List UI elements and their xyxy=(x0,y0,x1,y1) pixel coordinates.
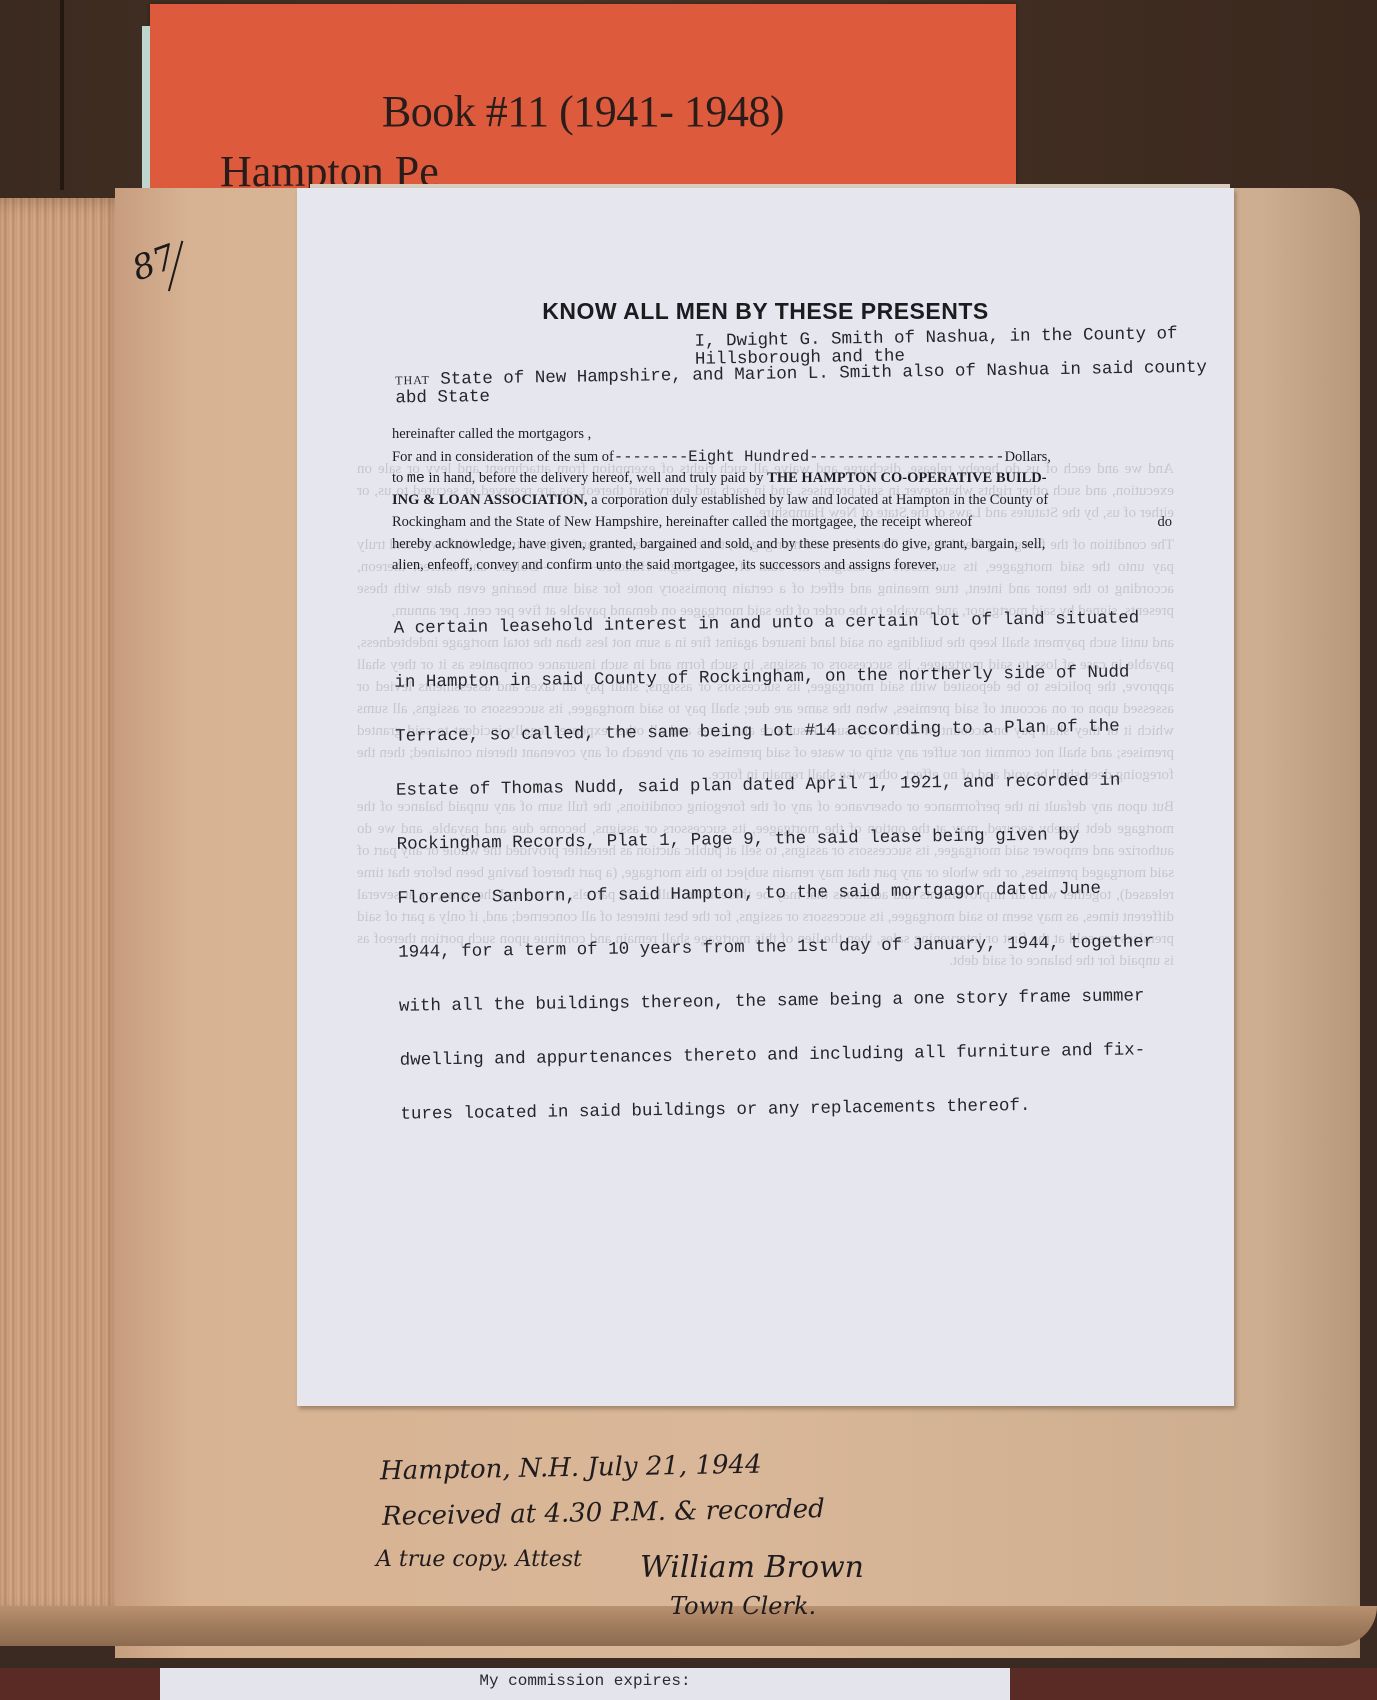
receipt-text: Rockingham and the State of New Hampshir… xyxy=(392,514,972,530)
paid-rest: in hand, before the delivery hereof, wel… xyxy=(429,470,764,486)
mortgagors-line: hereinafter called the mortgagors , xyxy=(392,426,591,443)
consideration-line: For and in consideration of the sum of--… xyxy=(392,448,1051,466)
legal-line: in Hampton in said County of Rockingham,… xyxy=(394,662,1214,691)
legal-line: with all the buildings thereon, the same… xyxy=(399,986,1219,1015)
consideration-suffix: Dollars, xyxy=(1005,449,1051,465)
consideration-prefix: For and in consideration of the sum of xyxy=(392,449,614,465)
convey-line: alien, enfeoff, convey and confirm unto … xyxy=(392,557,939,574)
legal-line: Terrace, so called, the same being Lot #… xyxy=(395,716,1215,745)
mortgage-deed-sheet: And we and each of us do hereby release,… xyxy=(297,188,1234,1406)
consideration-amount: --------Eight Hundred-------------------… xyxy=(614,448,1005,466)
book-cover-edge xyxy=(0,1668,160,1700)
association-description: a corporation duly established by law an… xyxy=(591,492,1048,508)
underlying-sheet-edge xyxy=(142,26,150,196)
notary-slip: My commission expires: xyxy=(160,1668,1010,1700)
book-label-title: Book #11 (1941- 1948) xyxy=(150,86,1016,137)
deed-title: KNOW ALL MEN BY THESE PRESENTS xyxy=(297,298,1234,325)
association-name-1: THE HAMPTON CO-OPERATIVE BUILD- xyxy=(767,470,1046,486)
town-clerk-title: Town Clerk. xyxy=(670,1592,816,1620)
association-name-2: ING & LOAN ASSOCIATION, xyxy=(392,492,588,508)
receipt-line: Rockingham and the State of New Hampshir… xyxy=(392,514,1172,531)
paid-line: to me in hand, before the delivery hereo… xyxy=(392,470,1047,487)
association-line: ING & LOAN ASSOCIATION, a corporation du… xyxy=(392,492,1048,509)
legal-line: Estate of Thomas Nudd, said plan dated A… xyxy=(396,770,1216,799)
page-stack xyxy=(0,198,130,1618)
paid-to: me xyxy=(407,470,425,487)
grant-line: hereby acknowledge, have given, granted,… xyxy=(392,536,1045,553)
legal-line: 1944, for a term of 10 years from the 1s… xyxy=(398,932,1218,961)
town-clerk-signature: William Brown xyxy=(640,1550,864,1585)
legal-line: tures located in said buildings or any r… xyxy=(400,1094,1220,1123)
notary-commission-line: My commission expires: xyxy=(160,1672,1010,1690)
parties-block: I, Dwight G. Smith of Nashua, in the Cou… xyxy=(395,325,1216,408)
wood-seam xyxy=(60,0,64,190)
receipt-end: do xyxy=(1158,514,1173,531)
paid-prefix: to xyxy=(392,470,403,486)
book-label-sheet: Book #11 (1941- 1948) Hampton Pe xyxy=(150,4,1016,204)
legal-line: A certain leasehold interest in and unto… xyxy=(394,608,1214,637)
legal-line: Florence Sanborn, of said Hampton, to th… xyxy=(397,878,1217,907)
that-prefix: THAT xyxy=(395,373,430,388)
legal-description: A certain leasehold interest in and unto… xyxy=(393,572,1221,1159)
book-cover-edge xyxy=(1010,1668,1377,1700)
legal-line: Rockingham Records, Plat 1, Page 9, the … xyxy=(397,824,1217,853)
recording-note-attest: A true copy. Attest xyxy=(376,1547,582,1572)
legal-line: dwelling and appurtenances thereto and i… xyxy=(400,1040,1220,1069)
